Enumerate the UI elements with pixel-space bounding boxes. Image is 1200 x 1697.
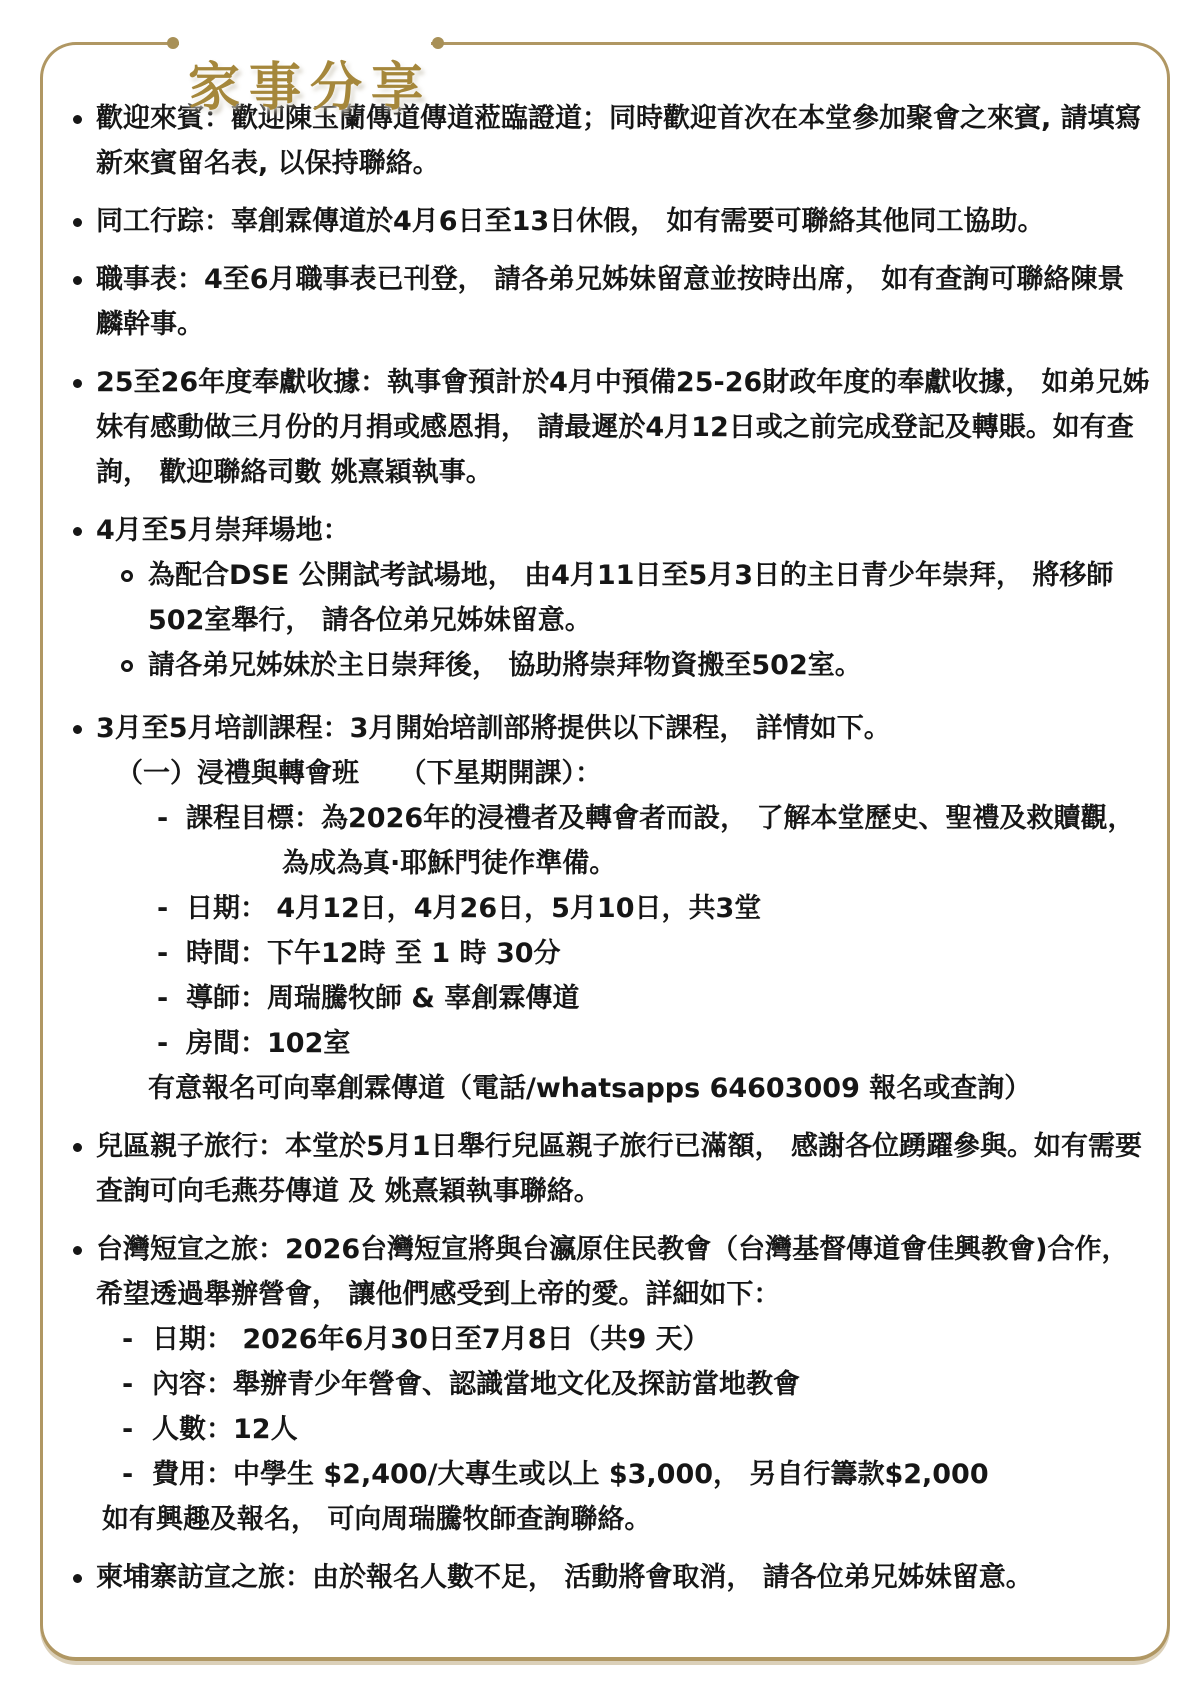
announcement-line: 25至26年度奉獻收據：執事會預計於4月中預備25-26財政年度的奉獻收據， 如… (40, 360, 1150, 495)
announcement-line: 台灣短宣之旅：2026台灣短宣將與台瀛原住民教會（台灣基督傳道會佳興教會)合作，… (40, 1227, 1150, 1317)
announcement-line: 4月至5月崇拜場地： (40, 508, 1150, 553)
announcement-line: 請各弟兄姊妹於主日崇拜後， 協助將崇拜物資搬至502室。 (40, 643, 1150, 688)
announcements-list: 歡迎來賓：歡迎陳玉蘭傳道傳道蒞臨證道；同時歡迎首次在本堂參加聚會之來賓, 請填寫… (40, 96, 1168, 1613)
announcement-line: 如有興趣及報名， 可向周瑞騰牧師查詢聯絡。 (40, 1497, 1150, 1542)
announcement: 台灣短宣之旅：2026台灣短宣將與台瀛原住民教會（台灣基督傳道會佳興教會)合作，… (40, 1227, 1150, 1542)
announcement-line: 導師：周瑞騰牧師 & 辜創霖傳道 (40, 976, 1150, 1021)
announcement-line: 同工行踪：辜創霖傳道於4月6日至13日休假， 如有需要可聯絡其他同工協助。 (40, 199, 1150, 244)
announcement: 柬埔寨訪宣之旅：由於報名人數不足， 活動將會取消， 請各位弟兄姊妹留意。 (40, 1555, 1150, 1600)
announcement: 4月至5月崇拜場地：為配合DSE 公開試考試場地， 由4月11日至5月3日的主日… (40, 508, 1150, 688)
announcement-line: 日期： 4月12日，4月26日，5月10日，共3堂 (40, 886, 1150, 931)
announcement-line: 房間：102室 (40, 1021, 1150, 1066)
decorative-dot-left (167, 37, 179, 49)
announcement: 同工行踪：辜創霖傳道於4月6日至13日休假， 如有需要可聯絡其他同工協助。 (40, 199, 1150, 244)
announcement-line: 人數：12人 (40, 1407, 1150, 1452)
announcement-line: 為配合DSE 公開試考試場地， 由4月11日至5月3日的主日青少年崇拜， 將移師… (40, 553, 1150, 643)
announcement-line: 課程目標：為2026年的浸禮者及轉會者而設， 了解本堂歷史、聖禮及救贖觀， (40, 796, 1150, 841)
announcement: 3月至5月培訓課程：3月開始培訓部將提供以下課程， 詳情如下。（一）浸禮與轉會班… (40, 706, 1150, 1111)
announcement: 25至26年度奉獻收據：執事會預計於4月中預備25-26財政年度的奉獻收據， 如… (40, 360, 1150, 495)
announcement-line: 3月至5月培訓課程：3月開始培訓部將提供以下課程， 詳情如下。 (40, 706, 1150, 751)
announcement-line: （一）浸禮與轉會班 （下星期開課）： (40, 751, 1150, 796)
announcement-line: 兒區親子旅行：本堂於5月1日舉行兒區親子旅行已滿額， 感謝各位踴躍參與。如有需要… (40, 1124, 1150, 1214)
announcement-line: 時間：下午12時 至 1 時 30分 (40, 931, 1150, 976)
announcement-line: 柬埔寨訪宣之旅：由於報名人數不足， 活動將會取消， 請各位弟兄姊妹留意。 (40, 1555, 1150, 1600)
announcement: 兒區親子旅行：本堂於5月1日舉行兒區親子旅行已滿額， 感謝各位踴躍參與。如有需要… (40, 1124, 1150, 1214)
page-title: 家事分享 (188, 45, 432, 120)
announcement-line: 日期： 2026年6月30日至7月8日（共9 天） (40, 1317, 1150, 1362)
announcement-line: 內容：舉辦青少年營會、認識當地文化及探訪當地教會 (40, 1362, 1150, 1407)
announcement-line: 費用：中學生 $2,400/大專生或以上 $3,000， 另自行籌款$2,000 (40, 1452, 1150, 1497)
announcement-line: 職事表：4至6月職事表已刊登， 請各弟兄姊妹留意並按時出席， 如有查詢可聯絡陳景… (40, 257, 1150, 347)
decorative-dot-right (432, 37, 444, 49)
announcement: 職事表：4至6月職事表已刊登， 請各弟兄姊妹留意並按時出席， 如有查詢可聯絡陳景… (40, 257, 1150, 347)
announcement-line: 為成為真·耶穌門徒作準備。 (40, 841, 1150, 886)
announcement-line: 有意報名可向辜創霖傳道（電話/whatsapps 64603009 報名或查詢） (40, 1066, 1150, 1111)
